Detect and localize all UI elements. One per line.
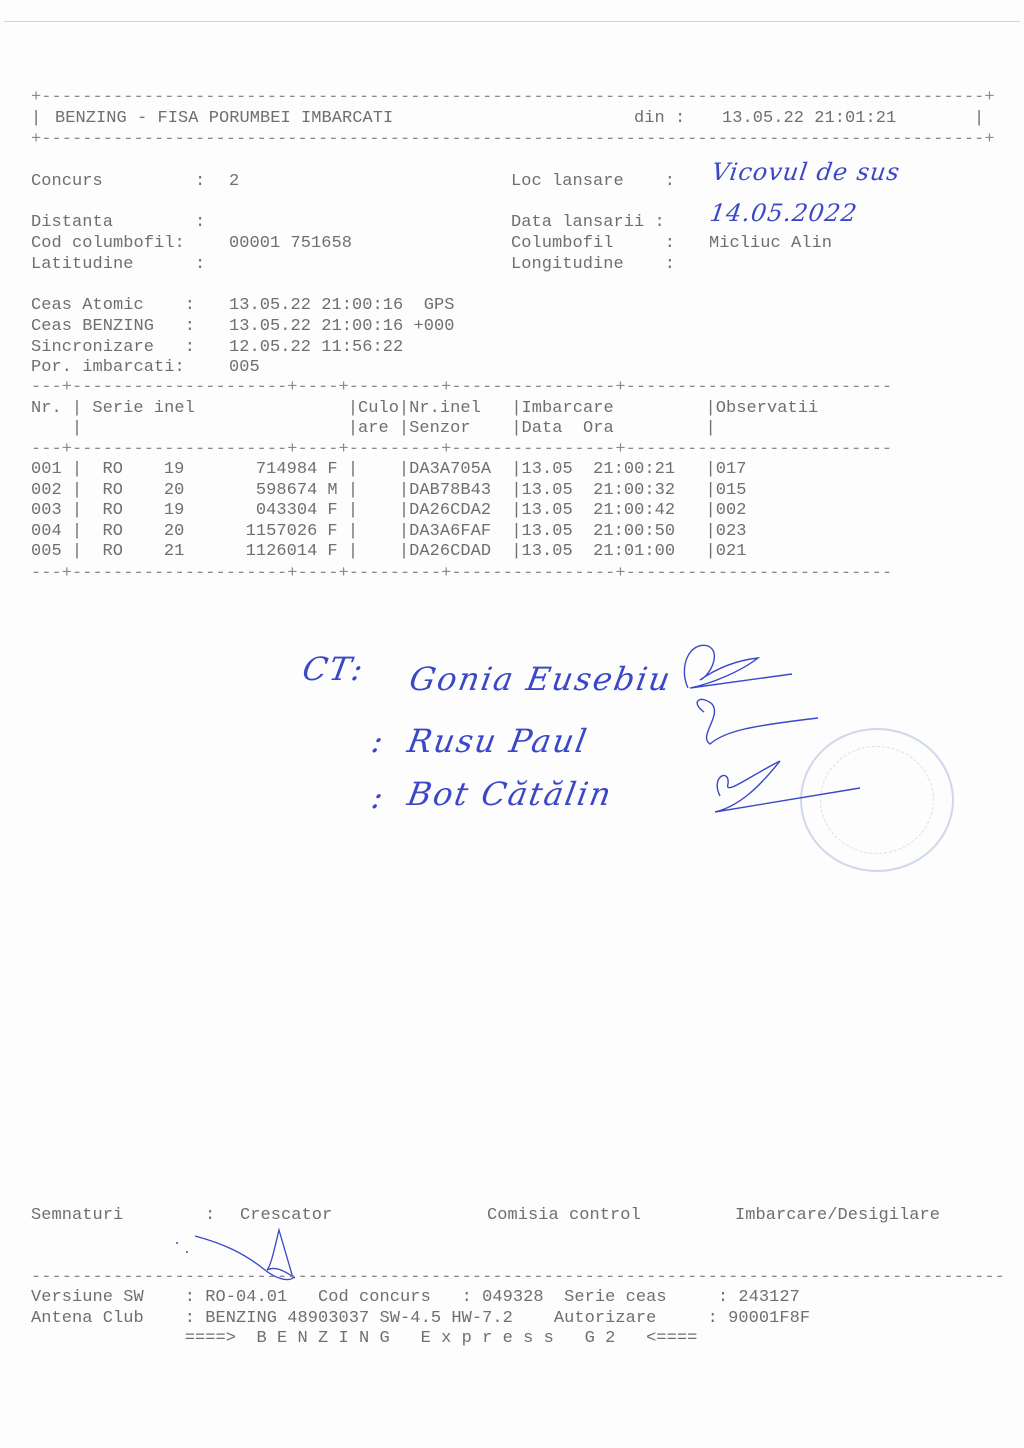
row-ring-number: 598674	[256, 481, 318, 502]
column-divider: |	[399, 399, 409, 420]
row-sex: F	[327, 542, 337, 563]
col-serie-inel-header: Serie inel	[92, 399, 195, 420]
column-divider: |	[399, 460, 409, 481]
document-date-label: din :	[634, 109, 685, 130]
column-divider: |	[72, 399, 82, 420]
ceas-atomic-label: Ceas Atomic :	[31, 296, 195, 317]
commission-prefix: CT:	[300, 650, 368, 688]
row-time: 21:00:32	[593, 481, 675, 502]
document-title: BENZING - FISA PORUMBEI IMBARCATI	[55, 109, 393, 130]
row-time: 21:00:50	[593, 522, 675, 543]
columbofil-value: Micliuc Alin	[709, 234, 832, 255]
cod-columbofil-value: 00001 751658	[229, 234, 352, 255]
row-date: 13.05	[522, 481, 573, 502]
column-divider: |	[706, 399, 716, 420]
commission-colon-3: :	[369, 778, 388, 816]
column-divider: |	[348, 542, 358, 563]
column-divider: |	[348, 419, 358, 440]
column-divider: |	[399, 542, 409, 563]
row-country: RO	[103, 542, 124, 563]
column-divider: |	[399, 501, 409, 522]
row-sex: F	[327, 501, 337, 522]
row-year: 20	[164, 481, 185, 502]
comisia-control-label: Comisia control	[487, 1206, 641, 1227]
latitudine-label: Latitudine :	[31, 255, 205, 276]
row-observatii: 015	[716, 481, 747, 502]
row-year: 21	[164, 542, 185, 563]
row-observatii: 002	[716, 501, 747, 522]
commission-signatures	[670, 636, 810, 816]
row-nr: 001	[31, 460, 62, 481]
cod-columbofil-label: Cod columbofil:	[31, 234, 185, 255]
col-culoare-header-sub: are	[358, 419, 389, 440]
distanta-label: Distanta :	[31, 213, 205, 234]
semnaturi-label: Semnaturi	[31, 1206, 123, 1227]
sincronizare-value: 12.05.22 11:56:22	[229, 338, 403, 359]
column-divider: |	[706, 501, 716, 522]
footer-line-brand: ====> B E N Z I N G E x p r e s s G 2 <=…	[31, 1329, 697, 1350]
columbofil-label: Columbofil :	[511, 234, 675, 255]
header-pipe-right: |	[974, 109, 984, 130]
row-country: RO	[103, 501, 124, 522]
header-pipe-left: |	[31, 109, 41, 130]
header-border-bottom: +---------------------------------------…	[31, 130, 995, 151]
column-divider: |	[348, 481, 358, 502]
longitudine-label: Longitudine :	[511, 255, 675, 276]
crescator-label: Crescator	[240, 1206, 332, 1227]
data-lansarii-handwritten: 14.05.2022	[708, 199, 859, 227]
commission-member-3: Bot Cătălin	[405, 775, 616, 813]
footer-rule: ----------------------------------------…	[31, 1268, 1005, 1289]
row-year: 19	[164, 501, 185, 522]
row-time: 21:00:21	[593, 460, 675, 481]
column-divider: |	[72, 542, 82, 563]
row-date: 13.05	[522, 501, 573, 522]
row-observatii: 017	[716, 460, 747, 481]
row-sensor: DAB78B43	[409, 481, 491, 502]
por-imbarcati-label: Por. imbarcati:	[31, 358, 185, 379]
col-imbarcare-header: Imbarcare	[522, 399, 614, 420]
commission-member-1: Gonia Eusebiu	[407, 660, 675, 698]
col-imbarcare-header-sub: Data Ora	[522, 419, 614, 440]
por-imbarcati-value: 005	[229, 358, 260, 379]
column-divider: |	[511, 460, 521, 481]
column-divider: |	[72, 501, 82, 522]
footer-line-antenna: Antena Club : BENZING 48903037 SW-4.5 HW…	[31, 1309, 810, 1330]
row-date: 13.05	[522, 542, 573, 563]
column-divider: |	[511, 522, 521, 543]
header-border-top: +---------------------------------------…	[31, 88, 995, 109]
row-nr: 002	[31, 481, 62, 502]
row-sensor: DA3A705A	[409, 460, 491, 481]
ceas-atomic-value: 13.05.22 21:00:16 GPS	[229, 296, 455, 317]
row-year: 20	[164, 522, 185, 543]
row-ring-number: 714984	[256, 460, 318, 481]
commission-colon-2: :	[369, 722, 388, 760]
row-ring-number: 043304	[256, 501, 318, 522]
ceas-benzing-label: Ceas BENZING :	[31, 317, 195, 338]
row-sensor: DA3A6FAF	[409, 522, 491, 543]
column-divider: |	[511, 399, 521, 420]
column-divider: |	[511, 481, 521, 502]
column-divider: |	[399, 522, 409, 543]
footer-line-version: Versiune SW : RO-04.01 Cod concurs : 049…	[31, 1288, 800, 1309]
data-lansarii-label: Data lansarii :	[511, 213, 665, 234]
column-divider: |	[706, 481, 716, 502]
row-nr: 004	[31, 522, 62, 543]
column-divider: |	[72, 419, 82, 440]
column-divider: |	[706, 542, 716, 563]
col-nr-inel-senzor-header-sub: Senzor	[409, 419, 471, 440]
column-divider: |	[706, 522, 716, 543]
row-country: RO	[103, 481, 124, 502]
loc-lansare-handwritten: Vicovul de sus	[710, 158, 902, 186]
column-divider: |	[72, 460, 82, 481]
sincronizare-label: Sincronizare :	[31, 338, 195, 359]
commission-member-2: Rusu Paul	[405, 722, 592, 760]
club-stamp	[800, 728, 954, 872]
row-country: RO	[103, 460, 124, 481]
row-ring-number: 1157026	[246, 522, 318, 543]
row-nr: 003	[31, 501, 62, 522]
col-culoare-header: Culo	[358, 399, 399, 420]
stamp-inner-ring	[820, 746, 934, 854]
imbarcare-desigilare-label: Imbarcare/Desigilare	[735, 1206, 940, 1227]
column-divider: |	[72, 481, 82, 502]
column-divider: |	[399, 419, 409, 440]
concurs-value: 2	[229, 172, 239, 193]
column-divider: |	[706, 460, 716, 481]
concurs-label: Concurs :	[31, 172, 205, 193]
document-date: 13.05.22 21:01:21	[722, 109, 896, 130]
row-observatii: 023	[716, 522, 747, 543]
row-date: 13.05	[522, 522, 573, 543]
col-nr-inel-senzor-header: Nr.inel	[409, 399, 481, 420]
row-nr: 005	[31, 542, 62, 563]
column-divider: |	[348, 522, 358, 543]
ceas-benzing-value: 13.05.22 21:00:16 +000	[229, 317, 455, 338]
row-time: 21:01:00	[593, 542, 675, 563]
loc-lansare-label: Loc lansare :	[511, 172, 675, 193]
row-sensor: DA26CDA2	[409, 501, 491, 522]
table-rule-mid: ---+---------------------+----+---------…	[31, 440, 892, 461]
row-sex: M	[327, 481, 337, 502]
column-divider: |	[511, 419, 521, 440]
row-country: RO	[103, 522, 124, 543]
column-divider: |	[348, 501, 358, 522]
column-divider: |	[511, 542, 521, 563]
table-rule-bottom: ---+---------------------+----+---------…	[31, 564, 892, 585]
row-date: 13.05	[522, 460, 573, 481]
semnaturi-sep: :	[205, 1206, 215, 1227]
table-rule-top: ---+---------------------+----+---------…	[31, 378, 892, 399]
row-ring-number: 1126014	[246, 542, 318, 563]
column-divider: |	[72, 522, 82, 543]
row-sex: F	[327, 522, 337, 543]
column-divider: |	[399, 481, 409, 502]
row-sensor: DA26CDAD	[409, 542, 491, 563]
col-nr-header: Nr.	[31, 399, 62, 420]
row-sex: F	[327, 460, 337, 481]
document-page: +---------------------------------------…	[0, 0, 1024, 1448]
row-observatii: 021	[716, 542, 747, 563]
column-divider: |	[706, 419, 716, 440]
row-time: 21:00:42	[593, 501, 675, 522]
scan-edge-line	[4, 21, 1020, 22]
column-divider: |	[348, 399, 358, 420]
col-observatii-header: Observatii	[716, 399, 819, 420]
row-year: 19	[164, 460, 185, 481]
column-divider: |	[511, 501, 521, 522]
column-divider: |	[348, 460, 358, 481]
